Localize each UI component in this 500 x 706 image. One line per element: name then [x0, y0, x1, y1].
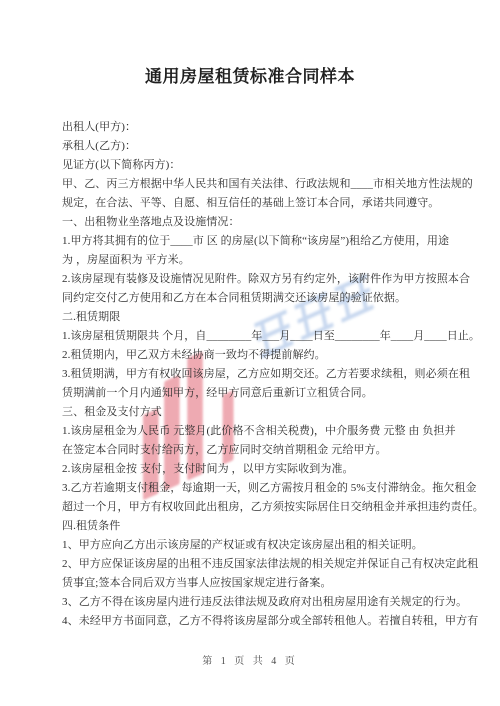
contract-line: 为 ，房屋面积为 平方米。 [62, 251, 452, 270]
contract-line: 1、甲方应向乙方出示该房屋的产权证或有权决定该房屋出租的相关证明。 [62, 536, 452, 555]
contract-line: 在签定本合同时支付给丙方，乙方应同时交纳首期租金 元给甲方。 [62, 441, 452, 460]
contract-line: 赁期满前一个月内通知甲方，经甲方同意后重新订立租赁合同。 [62, 384, 452, 403]
contract-line: 2.该房屋租金按 支付，支付时间为 ，以甲方实际收到为准。 [62, 460, 452, 479]
contract-line: 4、未经甲方书面同意，乙方不得将该房屋部分或全部转租他人。若擅自转租，甲方有 [62, 612, 452, 631]
contract-line: 3、乙方不得在该房屋内进行违反法律法规及政府对出租房屋用途有关规定的行为。 [62, 593, 452, 612]
contract-line: 规定，在合法、平等、自愿、相互信任的基础上签订本合同，承诺共同遵守。 [62, 194, 452, 213]
contract-line: 二.租赁期限 [62, 308, 452, 327]
contract-line: 2、甲方应保证该房屋的出租不违反国家法律法规的相关规定并保证自己有权决定此租 [62, 555, 452, 574]
contract-line: 三、租金及支付方式 [62, 403, 452, 422]
contract-line: 3.乙方若逾期支付租金，每逾期一天，则乙方需按月租金的 5%支付滞纳金。拖欠租金 [62, 479, 452, 498]
contract-line: 3.租赁期满，甲方有权收回该房屋，乙方应如期交还。乙方若要求续租，则必须在租 [62, 365, 452, 384]
contract-line: 2.租赁期内，甲乙双方未经协商一致均不得提前解约。 [62, 346, 452, 365]
contract-line: 1.该房屋租金为人民币 元整月(此价格不含相关税费)，中介服务费 元整 由 负担… [62, 422, 452, 441]
page-title: 通用房屋租赁标准合同样本 [0, 62, 500, 87]
contract-line: 甲、乙、丙三方根据中华人民共和国有关法律、行政法规和____市相关地方性法规的 [62, 175, 452, 194]
contract-body: 出租人(甲方)：承租人(乙方)：见证方(以下简称丙方)：甲、乙、丙三方根据中华人… [62, 118, 452, 631]
contract-line: 四.租赁条件 [62, 517, 452, 536]
contract-line: 超过一个月，甲方有权收回此出租房，乙方须按实际居住日交纳租金并承担违约责任。 [62, 498, 452, 517]
contract-line: 出租人(甲方)： [62, 118, 452, 137]
contract-line: 赁事宜;签本合同后双方当事人应按国家规定进行备案。 [62, 574, 452, 593]
contract-page: 通用房屋租赁标准合同样本 出租人(甲方)：承租人(乙方)：见证方(以下简称丙方)… [0, 0, 500, 706]
contract-line: 2.该房屋现有装修及设施情况见附件。除双方另有约定外，该附件作为甲方按照本合 [62, 270, 452, 289]
contract-line: 1.甲方将其拥有的位于____市 区 的房屋(以下简称“该房屋”)租给乙方使用，… [62, 232, 452, 251]
contract-line: 见证方(以下简称丙方)： [62, 156, 452, 175]
page-number: 第 1 页 共 4 页 [0, 652, 500, 667]
contract-line: 承租人(乙方)： [62, 137, 452, 156]
contract-line: 同约定交付乙方使用和乙方在本合同租赁期满交还该房屋的验证依据。 [62, 289, 452, 308]
contract-line: 1.该房屋租赁期限共 个月，自________年___月____日至______… [62, 327, 452, 346]
contract-line: 一、出租物业坐落地点及设施情况： [62, 213, 452, 232]
